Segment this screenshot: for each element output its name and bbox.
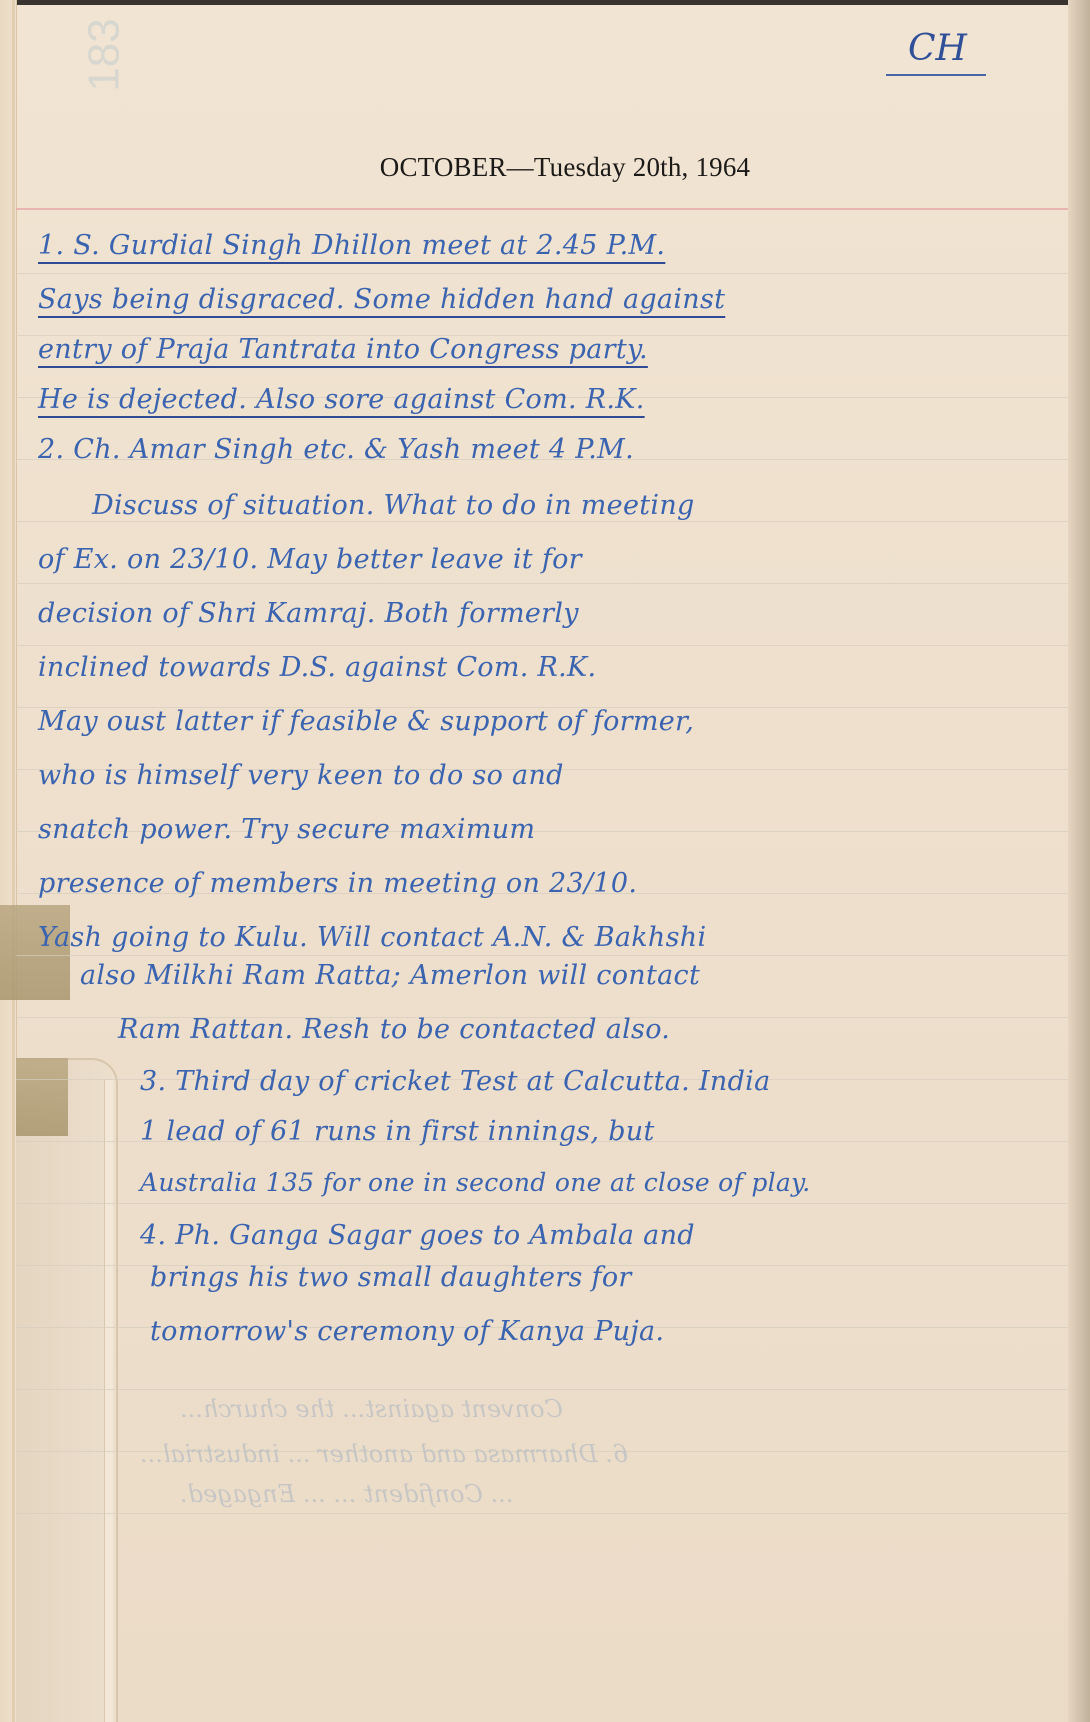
entry-line: of Ex. on 23/10. May better leave it for bbox=[38, 544, 1048, 575]
ruled-line bbox=[16, 1203, 1068, 1204]
entry-line: Says being disgraced. Some hidden hand a… bbox=[38, 284, 1048, 315]
ruled-line bbox=[16, 1513, 1068, 1514]
adhesive-tape-lower bbox=[16, 1058, 68, 1136]
entry-line: brings his two small daughters for bbox=[150, 1262, 1090, 1293]
entry-line: decision of Shri Kamraj. Both formerly bbox=[38, 598, 1048, 629]
entry-line: Ram Rattan. Resh to be contacted also. bbox=[118, 1014, 1090, 1045]
thumb-index-cutout bbox=[16, 1058, 118, 1722]
initials-mark: CH bbox=[908, 28, 967, 69]
bleed-through-text: ... Confident ... ... Engaged. bbox=[180, 1480, 513, 1508]
entry-line: presence of members in meeting on 23/10. bbox=[38, 868, 1048, 899]
entry-line: Discuss of situation. What to do in meet… bbox=[92, 490, 1090, 521]
bleed-through-text: Convent against... the church... bbox=[180, 1395, 563, 1423]
entry-line: tomorrow's ceremony of Kanya Puja. bbox=[150, 1316, 1090, 1347]
entry-line: 3. Third day of cricket Test at Calcutta… bbox=[140, 1066, 1090, 1097]
entry-line: 1. S. Gurdial Singh Dhillon meet at 2.45… bbox=[38, 230, 1048, 261]
ruled-line bbox=[16, 645, 1068, 646]
ruled-line bbox=[16, 1389, 1068, 1390]
initials-underline bbox=[886, 74, 986, 76]
entry-line: 1 lead of 61 runs in first innings, but bbox=[140, 1116, 1090, 1147]
entry-line: 2. Ch. Amar Singh etc. & Yash meet 4 P.M… bbox=[38, 434, 1048, 465]
ruled-line bbox=[16, 583, 1068, 584]
page-right-edge bbox=[1068, 0, 1090, 1722]
entry-line: Yash going to Kulu. Will contact A.N. & … bbox=[38, 922, 1048, 953]
bleed-through-text: 6. Dharmasa and another ... industrial..… bbox=[140, 1440, 628, 1468]
entry-line: also Milkhi Ram Ratta; Amerlon will cont… bbox=[80, 960, 1090, 991]
folio-number: 183 bbox=[80, 18, 130, 91]
ruled-line bbox=[16, 521, 1068, 522]
entry-line: snatch power. Try secure maximum bbox=[38, 814, 1048, 845]
diary-page: 183 CH OCTOBER—Tuesday 20th, 1964 1. S. … bbox=[0, 0, 1090, 1722]
entry-line: who is himself very keen to do so and bbox=[38, 760, 1048, 791]
entry-line: He is dejected. Also sore against Com. R… bbox=[38, 384, 1048, 415]
entry-line: May oust latter if feasible & support of… bbox=[38, 706, 1048, 737]
printed-date-header: OCTOBER—Tuesday 20th, 1964 bbox=[0, 152, 1090, 183]
entry-line: Australia 135 for one in second one at c… bbox=[140, 1168, 1090, 1197]
entry-line: 4. Ph. Ganga Sagar goes to Ambala and bbox=[140, 1220, 1090, 1251]
underlying-page-edge bbox=[104, 1080, 113, 1722]
entry-line: entry of Praja Tantrata into Congress pa… bbox=[38, 334, 1048, 365]
ruled-line bbox=[16, 273, 1068, 274]
entry-line: inclined towards D.S. against Com. R.K. bbox=[38, 652, 1048, 683]
ruled-line bbox=[16, 955, 1068, 956]
header-rule bbox=[16, 208, 1068, 210]
scan-top-edge bbox=[0, 0, 1090, 5]
binding-line bbox=[12, 0, 15, 1722]
